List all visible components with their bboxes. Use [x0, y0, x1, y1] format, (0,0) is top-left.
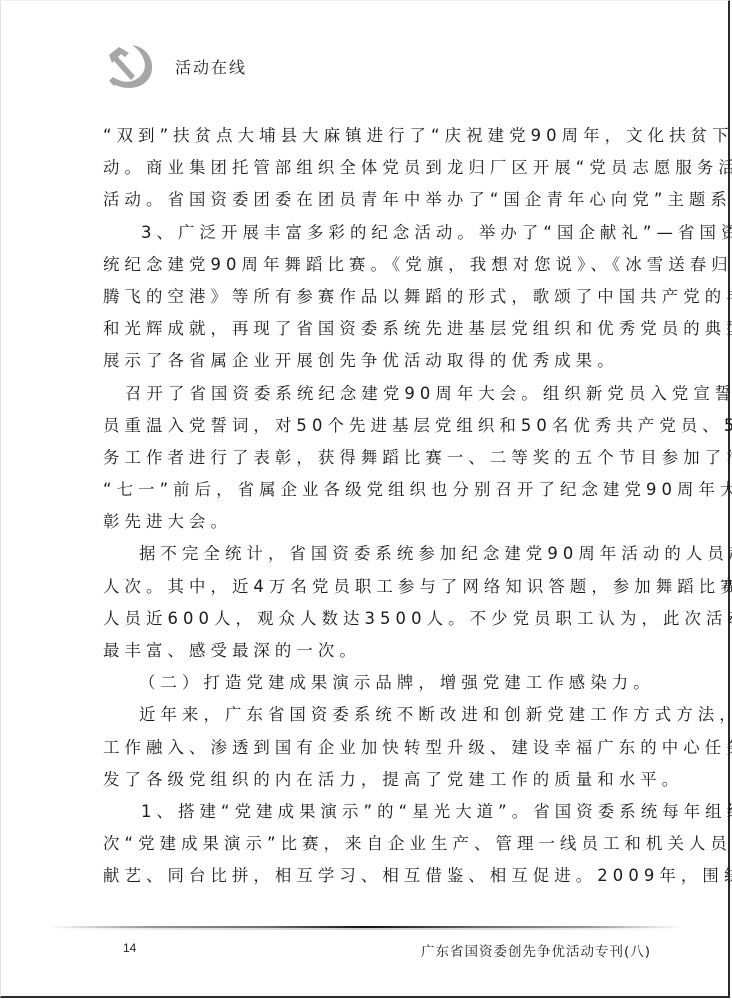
- section-heading-line: （二）打造党建成果演示品牌，增强党建工作感染力。: [103, 667, 633, 699]
- page-header: 活动在线: [105, 41, 247, 91]
- text-line: 活动。省国资委团委在团员青年中举办了“国企青年心向党”主题系列活动。: [103, 184, 633, 216]
- text-line: 彰先进大会。: [103, 506, 633, 538]
- paragraph-start-line: 3、广泛开展丰富多彩的纪念活动。举办了“国企献礼”—省国资委系: [103, 217, 633, 249]
- text-line: 次“党建成果演示”比赛，来自企业生产、管理一线员工和机关人员，同台: [103, 828, 633, 860]
- text-line: 工作融入、渗透到国有企业加快转型升级、建设幸福广东的中心任务中，激: [103, 732, 633, 764]
- text-line: 动。商业集团托管部组织全体党员到龙归厂区开展“党员志愿服务活动日”: [103, 152, 633, 184]
- text-line: 展示了各省属企业开展创先争优活动取得的优秀成果。: [103, 345, 633, 377]
- paragraph-start-line: 召开了省国资委系统纪念建党90周年大会。组织新党员入党宣誓和老党: [103, 378, 633, 410]
- text-line: 人次。其中，近4万名党员职工参与了网络知识答题，参加舞蹈比赛的演职: [103, 571, 633, 603]
- paragraph-start-line: 据不完全统计，省国资委系统参加纪念建党90周年活动的人员超过十万: [103, 538, 633, 570]
- text-line: 员重温入党誓词，对50个先进基层党组织和50名优秀共产党员、50名优秀党: [103, 410, 633, 442]
- section-title: 活动在线: [175, 55, 247, 78]
- text-line: 统纪念建党90周年舞蹈比赛。《党旗，我想对您说》、《冰雪送春归》、《: [103, 249, 633, 281]
- paragraph-start-line: 近年来，广东省国资委系统不断改进和创新党建工作方式方法，把党建: [103, 699, 633, 731]
- publication-title: 广东省国资委创先争优活动专刊(八): [421, 940, 651, 960]
- article-body: “双到”扶贫点大埔县大麻镇进行了“庆祝建党90周年，文化扶贫下乡”活 动。商业集…: [103, 120, 633, 893]
- text-line: 发了各级党组织的内在活力，提高了党建工作的质量和水平。: [103, 764, 633, 796]
- page-number: 14: [123, 941, 136, 955]
- hammer-sickle-icon: [105, 43, 155, 89]
- text-line: 人员近600人，观众人数达3500人。不少党员职工认为，此次活动是历年来: [103, 603, 633, 635]
- text-line: 腾飞的空港》等所有参赛作品以舞蹈的形式，歌颂了中国共产党的丰功伟绩: [103, 281, 633, 313]
- text-line: 务工作者进行了表彰，获得舞蹈比赛一、二等奖的五个节目参加了汇演。: [103, 442, 633, 474]
- paragraph-start-line: 1、搭建“党建成果演示”的“星光大道”。省国资委系统每年组织一: [103, 796, 633, 828]
- text-line: 和光辉成就，再现了省国资委系统先进基层党组织和优秀党员的典型事迹，: [103, 313, 633, 345]
- text-line: 献艺、同台比拼，相互学习、相互借鉴、相互促进。2009年，围绕学习实践: [103, 860, 633, 892]
- document-page: 活动在线 “双到”扶贫点大埔县大麻镇进行了“庆祝建党90周年，文化扶贫下乡”活 …: [0, 0, 730, 998]
- text-line: 最丰富、感受最深的一次。: [103, 635, 633, 667]
- text-line: “七一”前后，省属企业各级党组织也分别召开了纪念建党90周年大会和表: [103, 474, 633, 506]
- text-line: “双到”扶贫点大埔县大麻镇进行了“庆祝建党90周年，文化扶贫下乡”活: [103, 120, 633, 152]
- footer-divider-shadow: [49, 928, 684, 930]
